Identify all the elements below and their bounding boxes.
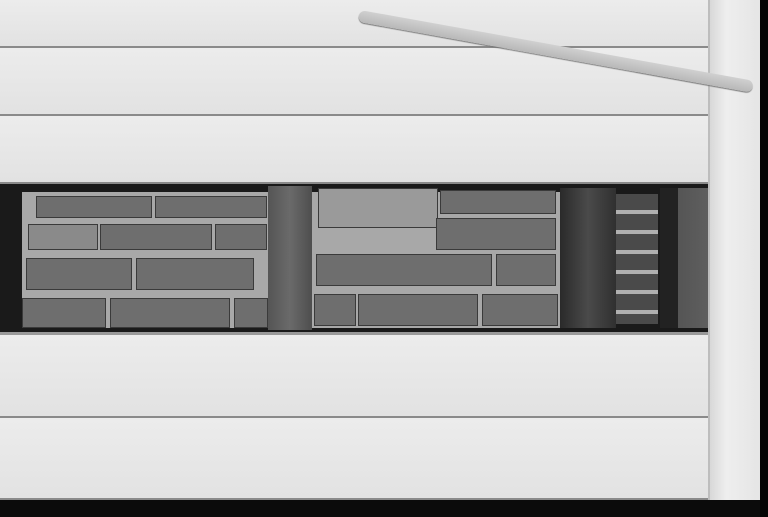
- siding-board: [0, 116, 722, 184]
- photograph: [0, 0, 768, 517]
- siding-board: [0, 332, 722, 418]
- brick: [440, 190, 556, 214]
- brick: [36, 196, 152, 218]
- brick-column: [616, 194, 658, 324]
- brick: [215, 224, 267, 250]
- brick: [136, 258, 254, 290]
- brick: [26, 258, 132, 290]
- brick: [22, 298, 106, 328]
- brick: [234, 298, 268, 328]
- siding-board: [0, 0, 722, 48]
- wooden-stud: [560, 188, 616, 328]
- brick: [100, 224, 212, 250]
- brick: [496, 254, 556, 286]
- wooden-stud: [268, 186, 312, 330]
- exposed-wall-opening: [0, 184, 722, 332]
- brick: [482, 294, 558, 326]
- film-edge: [760, 0, 768, 517]
- brick: [358, 294, 478, 326]
- brick: [436, 218, 556, 250]
- brick: [28, 224, 98, 250]
- brick: [110, 298, 230, 328]
- brick: [314, 294, 356, 326]
- brick: [155, 196, 267, 218]
- film-edge: [0, 500, 768, 517]
- brick: [316, 254, 492, 286]
- brick: [318, 188, 438, 228]
- siding-board: [0, 418, 722, 500]
- wooden-stud: [660, 188, 678, 328]
